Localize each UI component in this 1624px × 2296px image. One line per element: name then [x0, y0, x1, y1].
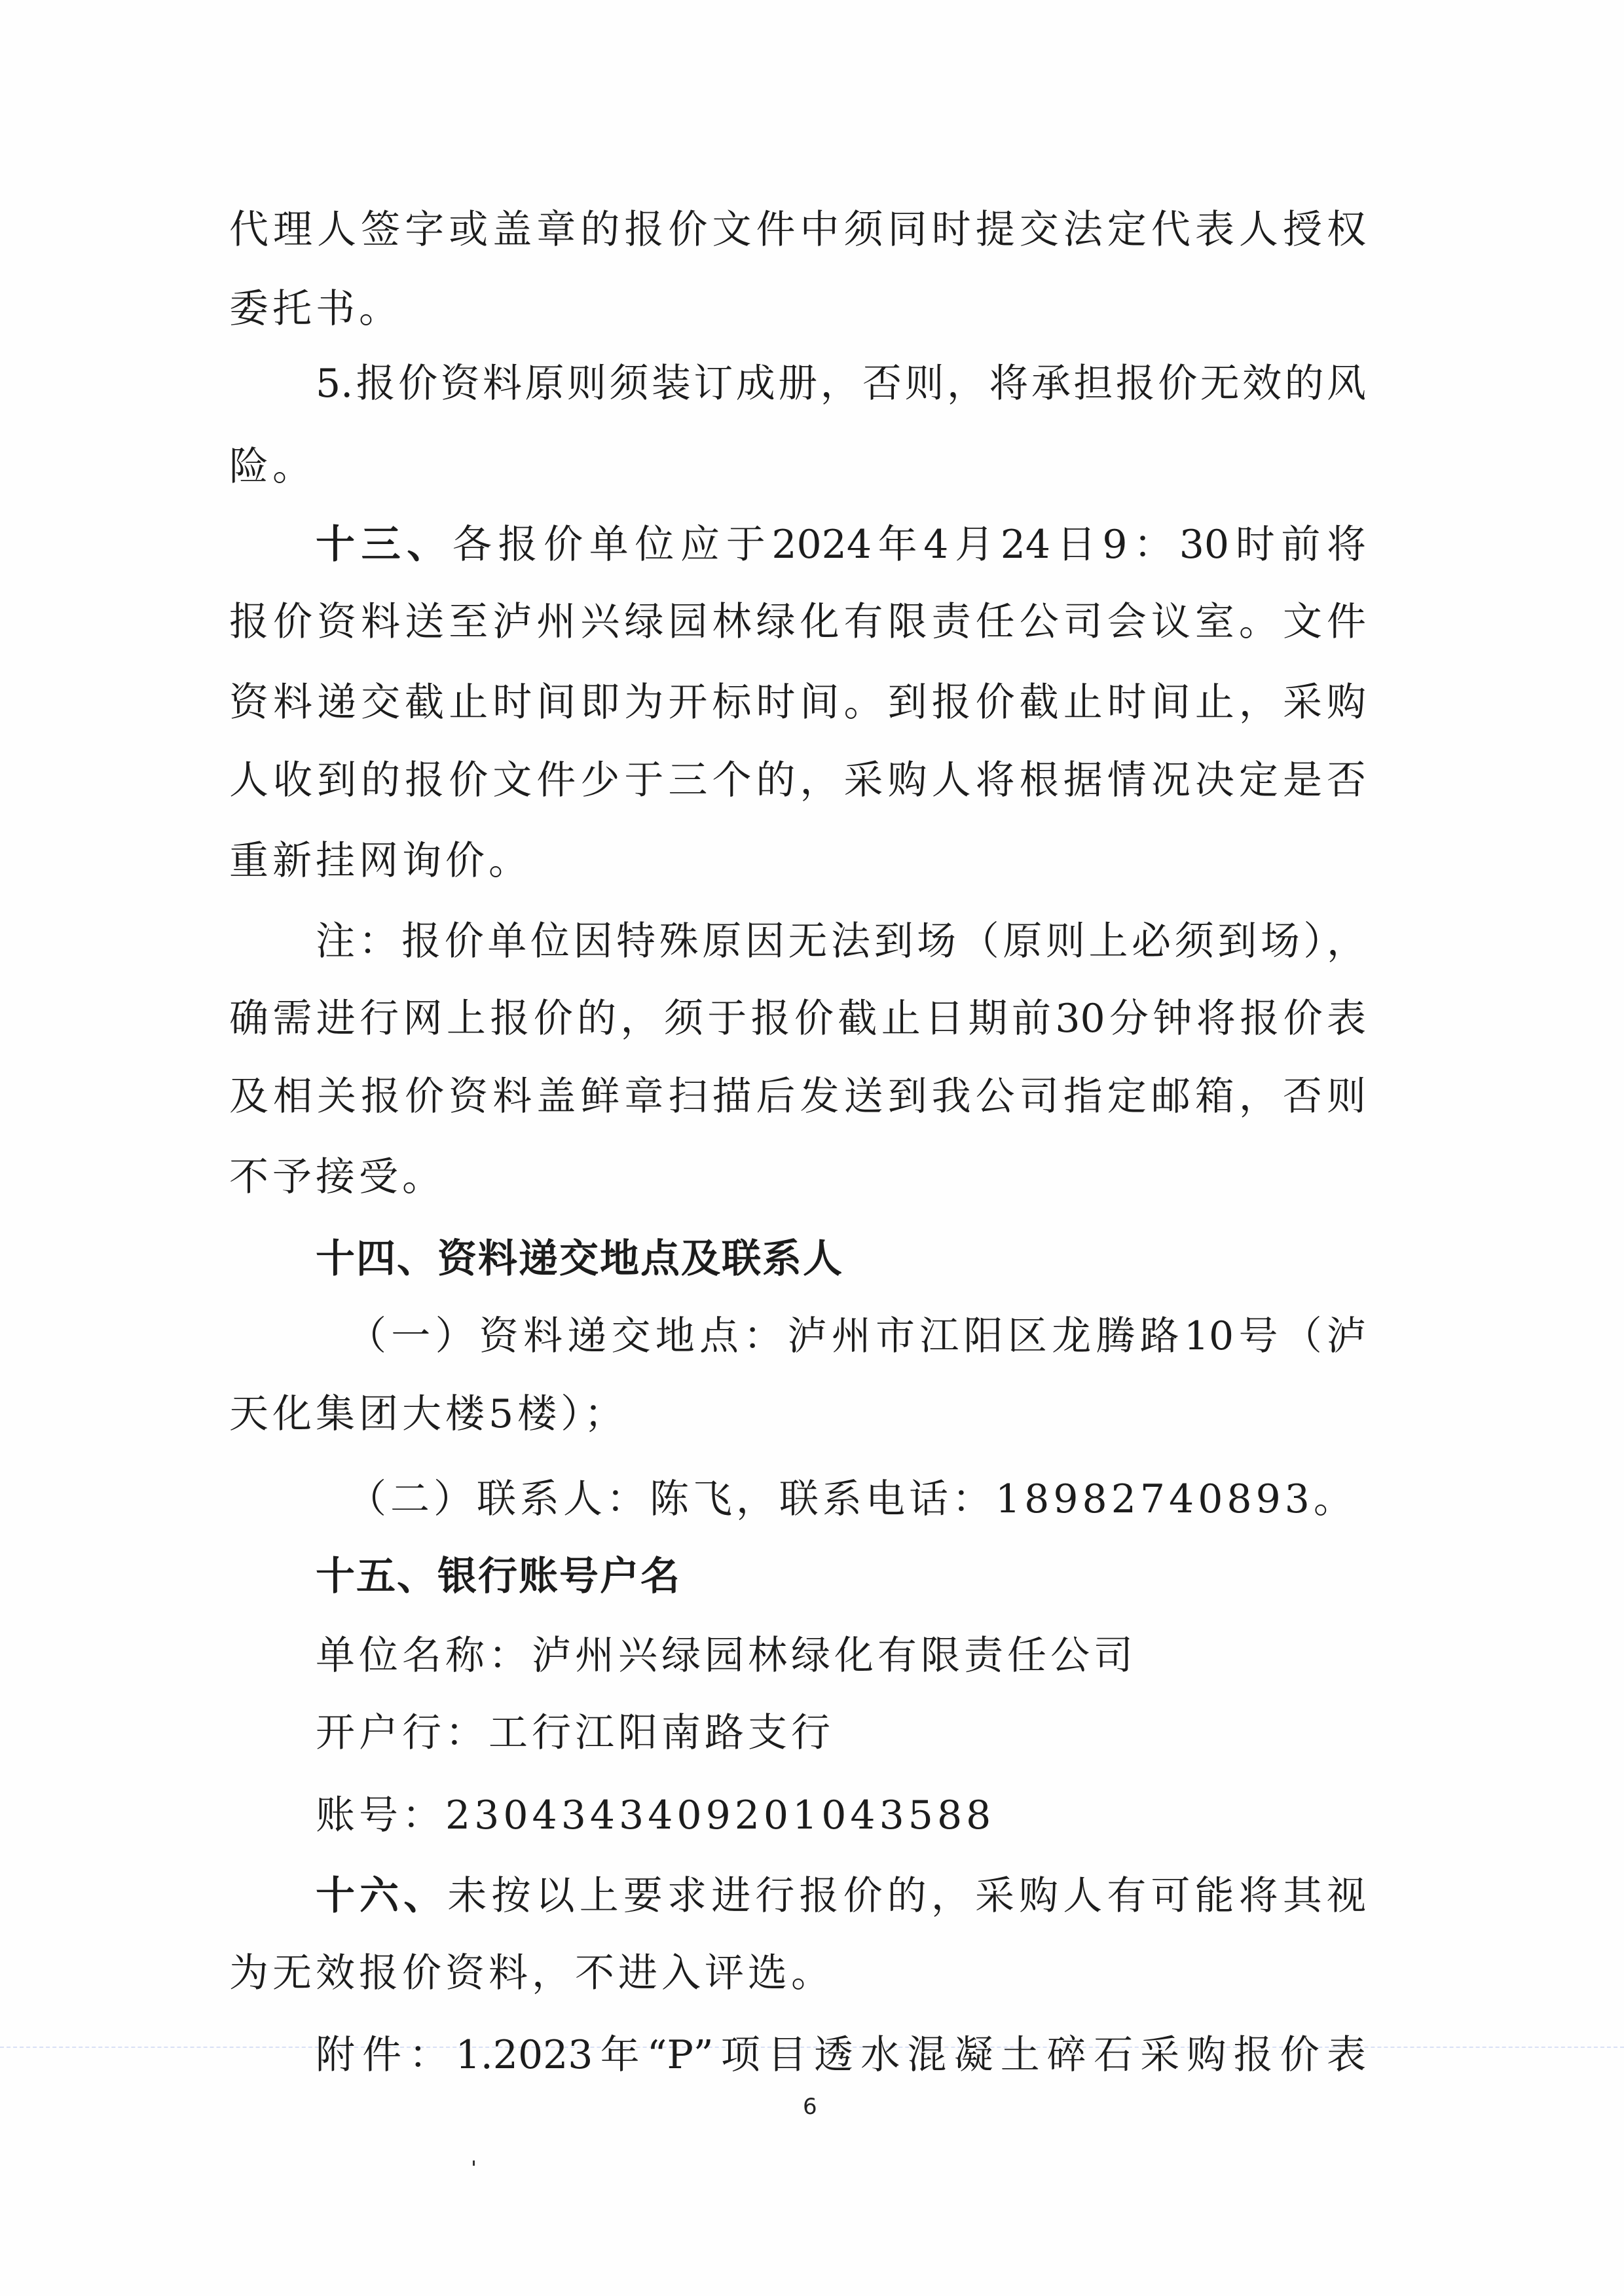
paragraph-line: 代理人签字或盖章的报价文件中须同时提交法定代表人授权 [229, 204, 1366, 256]
bank-line: 开户行：工行江阳南路支行 [229, 1707, 1366, 1759]
section-16-text: 未按以上要求进行报价的，采购人有可能将其视 [447, 1873, 1366, 1919]
account-line: 账号：2304343409201043588 [229, 1789, 1366, 1842]
paragraph-line: 为无效报价资料，不进入评选。 [229, 1947, 1366, 1999]
attachment-line: 附件：1.2023年“P”项目透水混凝土碎石采购报价表 [229, 2029, 1366, 2081]
contact-line: （二）联系人：陈飞，联系电话：18982740893。 [229, 1473, 1366, 1525]
scan-speck [473, 2160, 475, 2166]
paragraph-line: 确需进行网上报价的，须于报价截止日期前30分钟将报价表 [229, 993, 1366, 1045]
paragraph-line: 不予接受。 [229, 1151, 1366, 1203]
page-number: 6 [803, 2094, 817, 2120]
paragraph-line: 险。 [229, 441, 1366, 493]
company-name-line: 单位名称：泸州兴绿园林绿化有限责任公司 [229, 1630, 1366, 1682]
paragraph-line: 委托书。 [229, 283, 1366, 335]
section-14-heading: 十四、资料递交地点及联系人 [229, 1233, 1366, 1285]
section-13-text: 各报价单位应于2024年4月24日9：30时前将 [452, 522, 1366, 568]
address-line: 天化集团大楼5楼）； [229, 1388, 1366, 1440]
paragraph-line: 及相关报价资料盖鲜章扫描后发送到我公司指定邮箱，否则 [229, 1070, 1366, 1123]
section-16-line: 十六、未按以上要求进行报价的，采购人有可能将其视 [229, 1870, 1366, 1922]
section-13-number: 十三、 [316, 522, 452, 568]
paragraph-line: 5.报价资料原则须装订成册，否则，将承担报价无效的风 [229, 357, 1366, 410]
paragraph-line: 重新挂网询价。 [229, 835, 1366, 887]
paragraph-line: 报价资料送至泸州兴绿园林绿化有限责任公司会议室。文件 [229, 596, 1366, 648]
document-page: 代理人签字或盖章的报价文件中须同时提交法定代表人授权 委托书。 5.报价资料原则… [0, 0, 1624, 2296]
address-line: （一）资料递交地点：泸州市江阳区龙腾路10号（泸 [229, 1310, 1366, 1362]
section-13-line: 十三、各报价单位应于2024年4月24日9：30时前将 [229, 519, 1366, 571]
section-16-number: 十六、 [316, 1873, 447, 1919]
paragraph-line: 资料递交截止时间即为开标时间。到报价截止时间止，采购 [229, 676, 1366, 729]
paragraph-line: 人收到的报价文件少于三个的，采购人将根据情况决定是否 [229, 754, 1366, 807]
section-15-heading: 十五、银行账号户名 [229, 1550, 1366, 1603]
note-line: 注：报价单位因特殊原因无法到场（原则上必须到场）， [229, 915, 1366, 968]
